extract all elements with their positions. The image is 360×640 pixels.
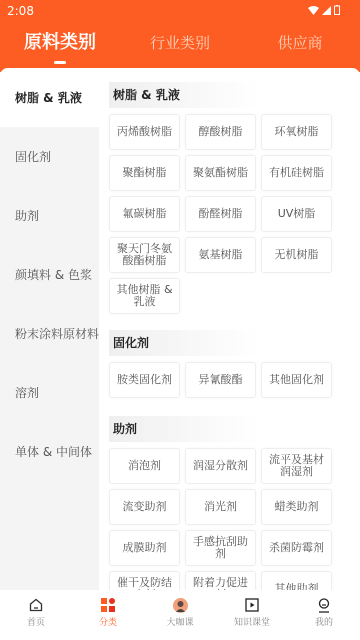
- category-item[interactable]: 丙烯酸树脂: [109, 114, 180, 150]
- category-item[interactable]: 润湿分散剂: [185, 448, 256, 484]
- tab-industries[interactable]: 行业类别: [120, 28, 240, 64]
- sidebar: 树脂 & 乳液 固化剂 助剂 颜填料 & 色浆 粉末涂料原材料 溶剂 单体 & …: [0, 68, 99, 590]
- sidebar-item-solvents[interactable]: 溶剂: [0, 363, 99, 422]
- category-item[interactable]: 聚酯树脂: [109, 155, 180, 191]
- section-title: 固化剂: [109, 330, 259, 356]
- sidebar-item-pigments[interactable]: 颜填料 & 色浆: [0, 245, 99, 304]
- category-item[interactable]: 蜡类助剂: [261, 489, 332, 525]
- category-item[interactable]: 异氰酸酯: [185, 362, 256, 398]
- nav-label: 首页: [27, 615, 45, 628]
- status-time: 2:08: [7, 4, 34, 18]
- top-tabs: 原料类别 行业类别 供应商: [0, 28, 360, 64]
- category-grid: 丙烯酸树脂 醇酸树脂 环氧树脂 聚酯树脂 聚氨酯树脂 有机硅树脂 氟碳树脂 酚醛…: [99, 114, 360, 314]
- tab-materials[interactable]: 原料类别: [0, 28, 120, 64]
- category-item[interactable]: 氟碳树脂: [109, 196, 180, 232]
- category-item[interactable]: 消光剂: [185, 489, 256, 525]
- category-item[interactable]: 环氧树脂: [261, 114, 332, 150]
- category-item[interactable]: 成膜助剂: [109, 530, 180, 566]
- category-item[interactable]: 无机树脂: [261, 237, 332, 273]
- nav-label: 知识课堂: [234, 615, 270, 628]
- nav-label: 大咖课: [166, 615, 193, 628]
- user-icon: [316, 597, 332, 613]
- category-item[interactable]: 其他助剂: [261, 571, 332, 590]
- sidebar-item-powder[interactable]: 粉末涂料原材料: [0, 304, 99, 363]
- category-item[interactable]: 附着力促进剂: [185, 571, 256, 590]
- category-item[interactable]: 其他树脂 & 乳液: [109, 278, 180, 314]
- nav-profile[interactable]: 我的: [288, 590, 360, 640]
- signal-icon: [322, 6, 331, 15]
- nav-label: 我的: [315, 615, 333, 628]
- home-icon: [28, 597, 44, 613]
- category-item[interactable]: 有机硅树脂: [261, 155, 332, 191]
- section-title: 树脂 & 乳液: [109, 82, 259, 108]
- nav-category[interactable]: 分类: [72, 590, 144, 640]
- battery-icon: [334, 5, 340, 15]
- sidebar-item-curing-agent[interactable]: 固化剂: [0, 127, 99, 186]
- bottom-nav: 首页 分类 大咖课 知识课堂 我的: [0, 590, 360, 640]
- category-item[interactable]: 聚氨酯树脂: [185, 155, 256, 191]
- tab-suppliers[interactable]: 供应商: [240, 28, 360, 64]
- category-item[interactable]: 流变助剂: [109, 489, 180, 525]
- category-item[interactable]: 胺类固化剂: [109, 362, 180, 398]
- category-icon: [100, 597, 116, 613]
- category-item[interactable]: 流平及基材润湿剂: [261, 448, 332, 484]
- category-item[interactable]: 其他固化剂: [261, 362, 332, 398]
- category-item[interactable]: 聚天门冬氨酸酯树脂: [109, 237, 180, 273]
- category-item[interactable]: 酚醛树脂: [185, 196, 256, 232]
- avatar-icon: [172, 597, 188, 613]
- category-panel: 树脂 & 乳液 固化剂 助剂 颜填料 & 色浆 粉末涂料原材料 溶剂 单体 & …: [0, 68, 360, 590]
- category-item[interactable]: UV树脂: [261, 196, 332, 232]
- sidebar-item-additives[interactable]: 助剂: [0, 186, 99, 245]
- nav-label: 分类: [99, 615, 117, 628]
- header: 2:08 原料类别 行业类别 供应商: [0, 0, 360, 72]
- nav-knowledge[interactable]: 知识课堂: [216, 590, 288, 640]
- category-item[interactable]: 杀菌防霉剂: [261, 530, 332, 566]
- wifi-icon: [308, 6, 319, 15]
- category-item[interactable]: 催干及防结皮剂: [109, 571, 180, 590]
- sidebar-item-resin[interactable]: 树脂 & 乳液: [0, 68, 99, 127]
- category-item[interactable]: 消泡剂: [109, 448, 180, 484]
- play-icon: [244, 597, 260, 613]
- nav-home[interactable]: 首页: [0, 590, 72, 640]
- nav-masterclass[interactable]: 大咖课: [144, 590, 216, 640]
- category-item[interactable]: 醇酸树脂: [185, 114, 256, 150]
- section-title: 助剂: [109, 416, 259, 442]
- category-grid: 消泡剂 润湿分散剂 流平及基材润湿剂 流变助剂 消光剂 蜡类助剂 成膜助剂 手感…: [99, 448, 360, 590]
- status-bar: 2:08: [0, 0, 360, 24]
- category-content[interactable]: 树脂 & 乳液 丙烯酸树脂 醇酸树脂 环氧树脂 聚酯树脂 聚氨酯树脂 有机硅树脂…: [99, 68, 360, 590]
- category-item[interactable]: 手感抗刮助剂: [185, 530, 256, 566]
- category-item[interactable]: 氨基树脂: [185, 237, 256, 273]
- category-grid: 胺类固化剂 异氰酸酯 其他固化剂: [99, 362, 360, 398]
- sidebar-item-monomers[interactable]: 单体 & 中间体: [0, 422, 99, 481]
